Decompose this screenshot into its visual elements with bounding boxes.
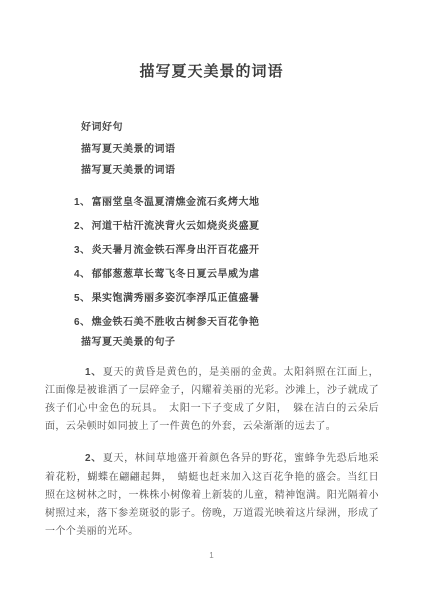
word-list-item: 4、郁郁葱葱草长莺飞冬日夏云旱威为虐	[74, 263, 423, 287]
page-number: 1	[0, 551, 423, 560]
sentence-paragraph: 2、夏天，林间草地盛开着颜色各异的野花，蜜蜂争先恐后地采着花粉，蝴蝶在翩翩起舞，…	[45, 450, 379, 541]
word-item-number: 5、	[74, 293, 91, 304]
document-page: 描写夏天美景的词语 好词好句 描写夏天美景的词语 描写夏天美景的词语 1、富丽堂…	[0, 0, 423, 600]
word-item-text: 富丽堂皇冬温夏清燋金流石炙烤大地	[92, 197, 260, 208]
word-item-number: 1、	[74, 197, 91, 208]
sentences-section: 1、夏天的黄昏是黄色的，是美丽的金黄。太阳斜照在江面上，江面像是被谁洒了一层碎金…	[45, 364, 379, 542]
paragraph-text: 夏天，林间草地盛开着颜色各异的野花，蜜蜂争先恐后地采着花粉，蝴蝶在翩翩起舞， 蜻…	[45, 453, 379, 537]
word-item-number: 6、	[74, 317, 91, 328]
paragraph-number: 2、	[85, 453, 102, 464]
word-list-item: 6、燋金铁石美不胜收古树参天百花争艳	[74, 311, 423, 335]
intro-line: 描写夏天美景的词语	[81, 160, 423, 182]
word-list: 1、富丽堂皇冬温夏清燋金流石炙烤大地 2、河道干枯汗流浃背火云如烧炎炎盛夏 3、…	[74, 191, 423, 335]
document-title: 描写夏天美景的词语	[0, 0, 423, 81]
paragraph-number: 1、	[85, 367, 102, 378]
word-item-text: 河道干枯汗流浃背火云如烧炎炎盛夏	[92, 221, 260, 232]
word-list-item: 2、河道干枯汗流浃背火云如烧炎炎盛夏	[74, 215, 423, 239]
intro-line: 好词好句	[81, 117, 423, 139]
intro-line: 描写夏天美景的词语	[81, 139, 423, 161]
sentences-section-header: 描写夏天美景的句子	[81, 335, 423, 350]
word-list-item: 3、炎天暑月流金铁石浑身出汗百花盛开	[74, 239, 423, 263]
word-item-number: 4、	[74, 269, 91, 280]
word-item-text: 燋金铁石美不胜收古树参天百花争艳	[92, 317, 260, 328]
word-item-text: 郁郁葱葱草长莺飞冬日夏云旱威为虐	[92, 269, 260, 280]
intro-section: 好词好句 描写夏天美景的词语 描写夏天美景的词语	[81, 117, 423, 182]
word-item-number: 3、	[74, 245, 91, 256]
word-list-item: 5、果实饱满秀丽多姿沉李浮瓜正值盛暑	[74, 287, 423, 311]
word-item-number: 2、	[74, 221, 91, 232]
word-item-text: 炎天暑月流金铁石浑身出汗百花盛开	[92, 245, 260, 256]
sentence-paragraph: 1、夏天的黄昏是黄色的，是美丽的金黄。太阳斜照在江面上，江面像是被谁洒了一层碎金…	[45, 364, 379, 437]
word-list-item: 1、富丽堂皇冬温夏清燋金流石炙烤大地	[74, 191, 423, 215]
word-item-text: 果实饱满秀丽多姿沉李浮瓜正值盛暑	[92, 293, 260, 304]
